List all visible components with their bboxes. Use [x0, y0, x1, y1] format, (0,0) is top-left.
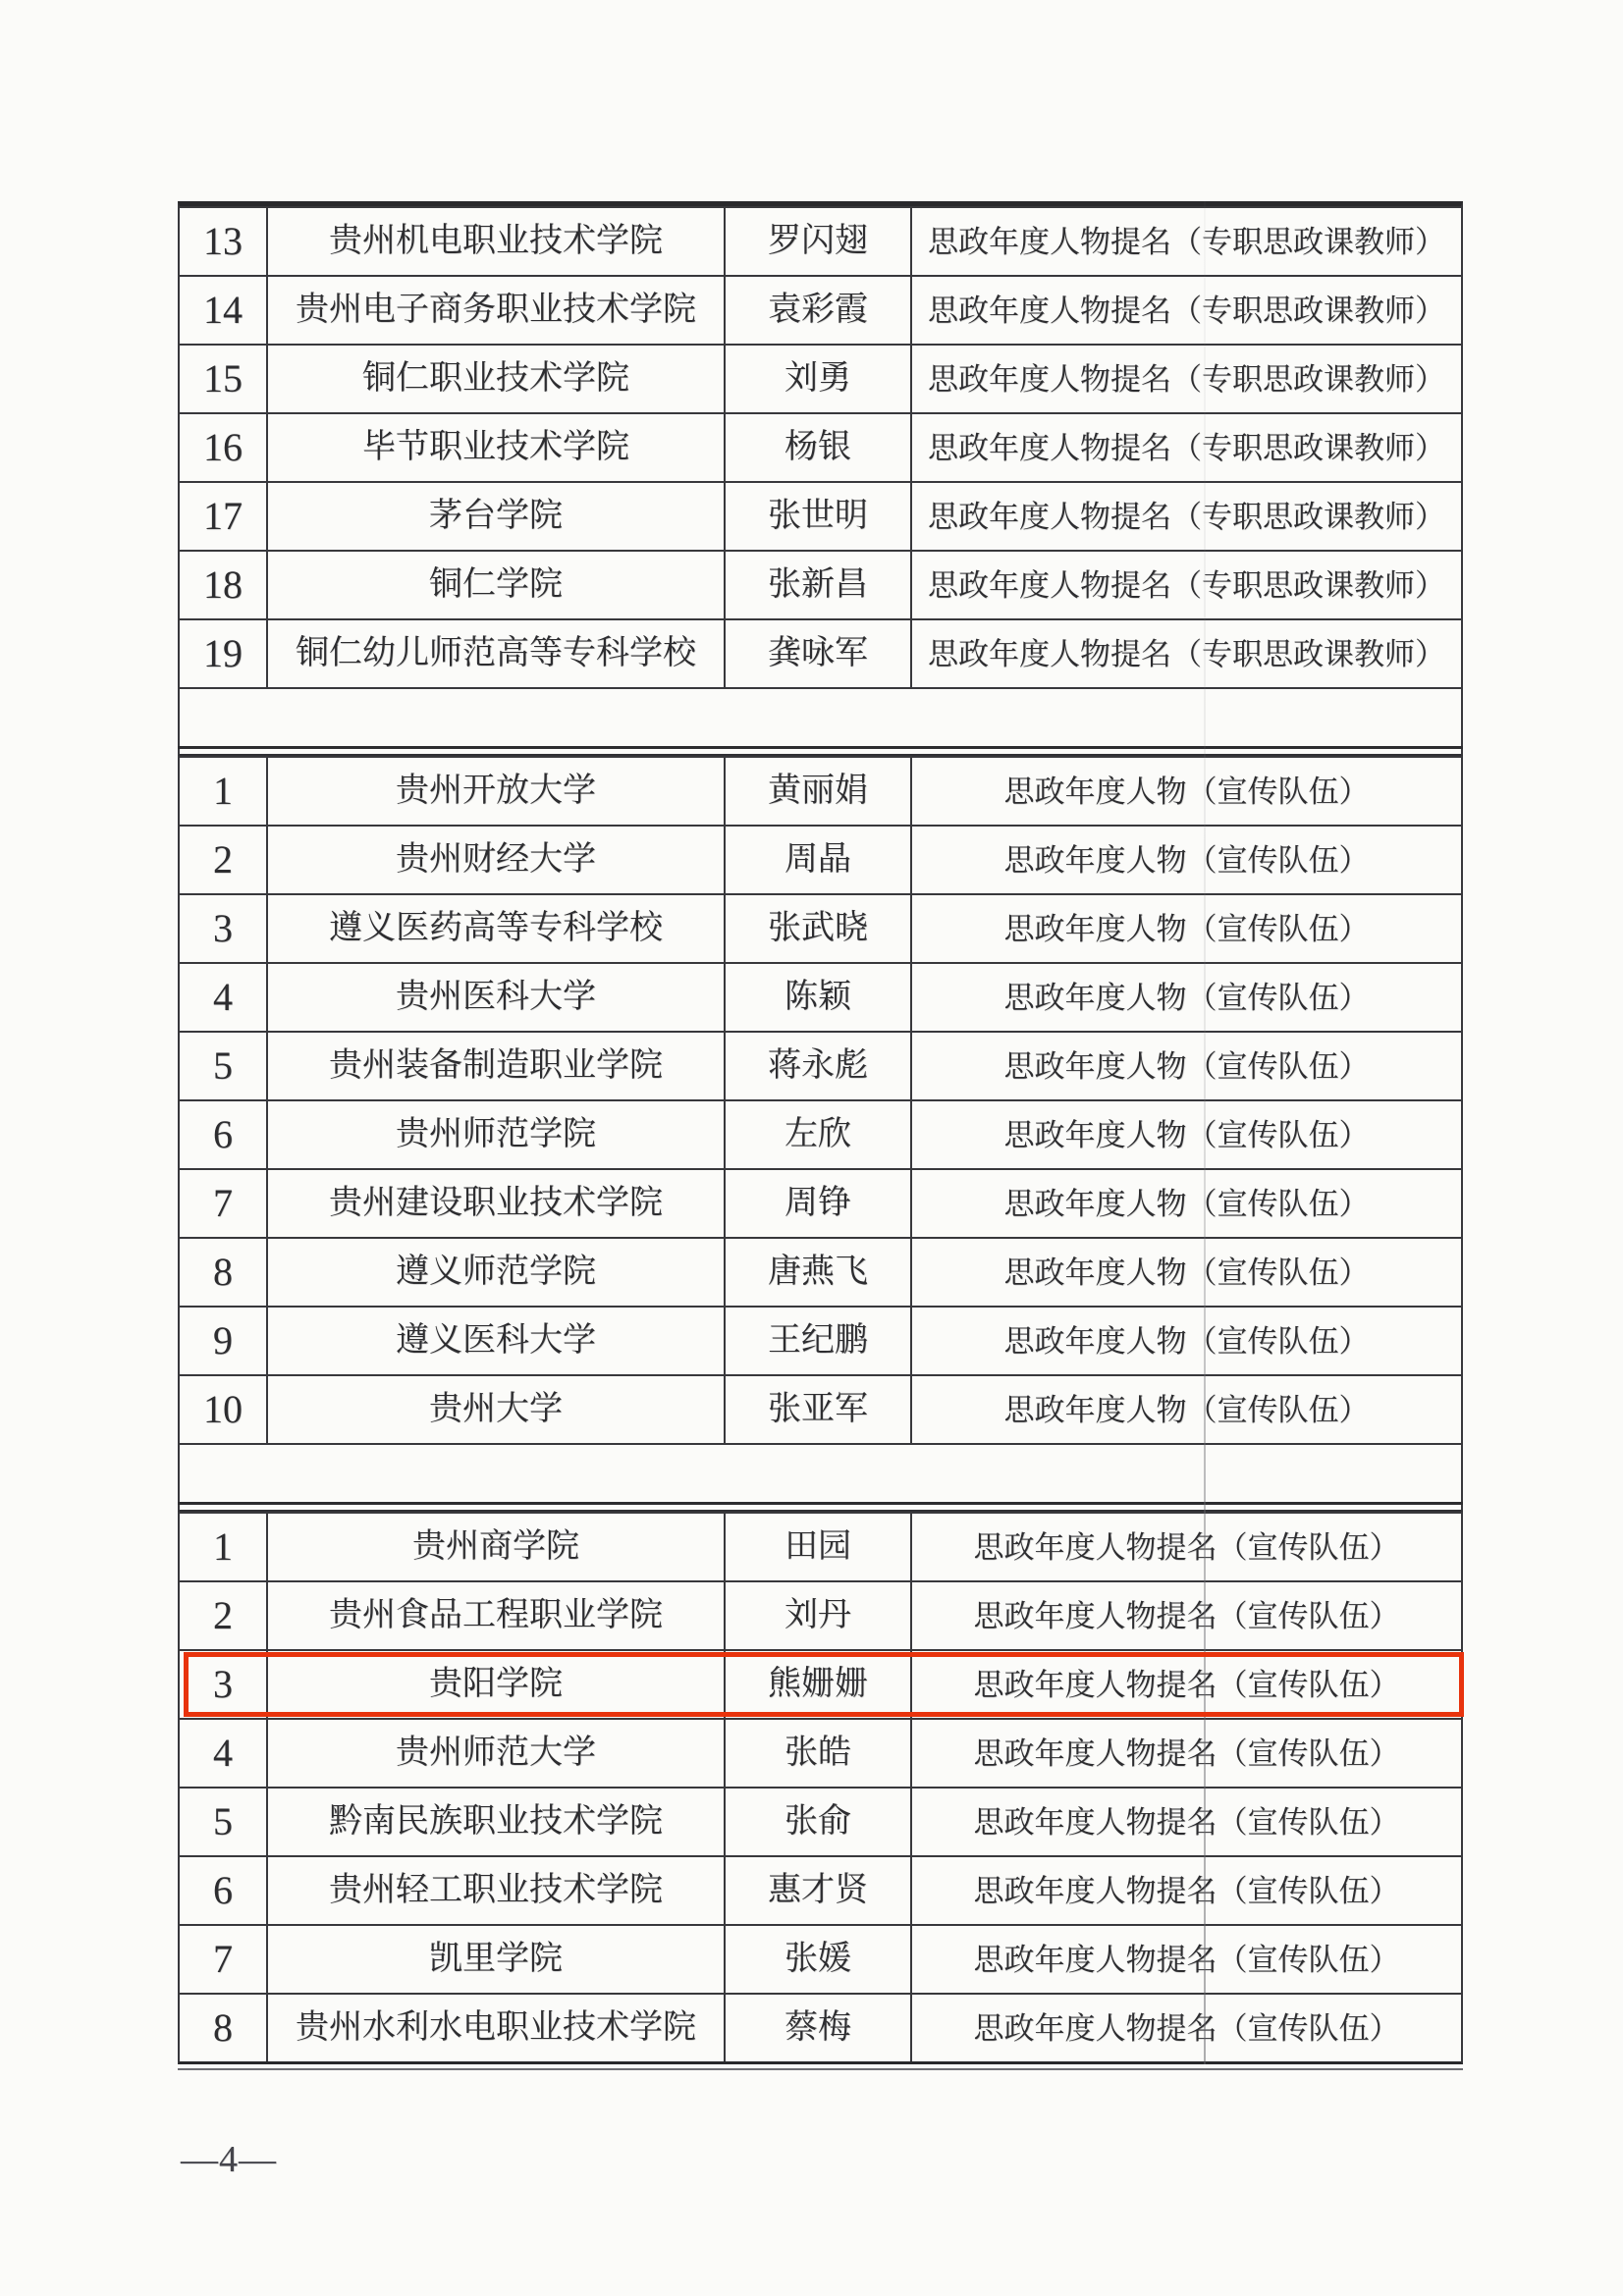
table-row: 13 贵州机电职业技术学院 罗闪翅 思政年度人物提名（专职思政课教师） [180, 206, 1461, 275]
table-row: 2 贵州财经大学 周晶 思政年度人物（宣传队伍） [180, 825, 1461, 893]
table-row: 8 贵州水利水电职业技术学院 蔡梅 思政年度人物提名（宣传队伍） [180, 1993, 1461, 2061]
award-title: 思政年度人物提名（专职思政课教师） [910, 483, 1461, 550]
person-name: 田园 [724, 1514, 910, 1580]
person-name: 张世明 [724, 483, 910, 550]
award-title: 思政年度人物提名（宣传队伍） [910, 1720, 1461, 1787]
row-number: 15 [180, 346, 266, 412]
table-row: 4 贵州师范大学 张皓 思政年度人物提名（宣传队伍） [180, 1718, 1461, 1787]
row-number: 18 [180, 552, 266, 618]
table-row: 3 贵阳学院 熊姗姗 思政年度人物提名（宣传队伍） [180, 1649, 1461, 1718]
row-number: 5 [180, 1033, 266, 1099]
table-row: 6 贵州轻工职业技术学院 惠才贤 思政年度人物提名（宣传队伍） [180, 1855, 1461, 1924]
school-name: 遵义师范学院 [266, 1239, 724, 1306]
table-row: 1 贵州开放大学 黄丽娟 思政年度人物（宣传队伍） [180, 756, 1461, 825]
table-row: 15 铜仁职业技术学院 刘勇 思政年度人物提名（专职思政课教师） [180, 344, 1461, 412]
person-name: 刘勇 [724, 346, 910, 412]
table-row: 19 铜仁幼儿师范高等专科学校 龚咏军 思政年度人物提名（专职思政课教师） [180, 618, 1461, 687]
school-name: 凯里学院 [266, 1926, 724, 1993]
award-title: 思政年度人物（宣传队伍） [910, 1170, 1461, 1237]
school-name: 遵义医科大学 [266, 1308, 724, 1374]
award-title: 思政年度人物提名（专职思政课教师） [910, 414, 1461, 481]
school-name: 贵州建设职业技术学院 [266, 1170, 724, 1237]
table-row: 7 贵州建设职业技术学院 周铮 思政年度人物（宣传队伍） [180, 1168, 1461, 1237]
school-name: 贵州医科大学 [266, 964, 724, 1031]
person-name: 王纪鹏 [724, 1308, 910, 1374]
school-name: 贵州商学院 [266, 1514, 724, 1580]
award-title: 思政年度人物提名（宣传队伍） [910, 1789, 1461, 1855]
award-title: 思政年度人物提名（宣传队伍） [910, 1926, 1461, 1993]
school-name: 贵州师范学院 [266, 1101, 724, 1168]
table-row: 3 遵义医药高等专科学校 张武晓 思政年度人物（宣传队伍） [180, 893, 1461, 962]
table-row: 14 贵州电子商务职业技术学院 袁彩霞 思政年度人物提名（专职思政课教师） [180, 275, 1461, 344]
table-section-nominees-publicity: 1 贵州商学院 田园 思政年度人物提名（宣传队伍） 2 贵州食品工程职业学院 刘… [178, 1512, 1463, 2064]
row-number: 3 [180, 895, 266, 962]
row-number: 6 [180, 1101, 266, 1168]
person-name: 杨银 [724, 414, 910, 481]
school-name: 遵义医药高等专科学校 [266, 895, 724, 962]
school-name: 贵州师范大学 [266, 1720, 724, 1787]
school-name: 铜仁学院 [266, 552, 724, 618]
row-number: 3 [180, 1651, 266, 1718]
row-number: 4 [180, 1720, 266, 1787]
row-number: 4 [180, 964, 266, 1031]
school-name: 贵州机电职业技术学院 [266, 208, 724, 275]
person-name: 张媛 [724, 1926, 910, 1993]
award-title: 思政年度人物（宣传队伍） [910, 758, 1461, 825]
row-number: 5 [180, 1789, 266, 1855]
award-title: 思政年度人物（宣传队伍） [910, 1376, 1461, 1443]
school-name: 贵州电子商务职业技术学院 [266, 277, 724, 344]
person-name: 张武晓 [724, 895, 910, 962]
award-title: 思政年度人物提名（专职思政课教师） [910, 620, 1461, 687]
table-row: 7 凯里学院 张媛 思政年度人物提名（宣传队伍） [180, 1924, 1461, 1993]
row-number: 17 [180, 483, 266, 550]
person-name: 袁彩霞 [724, 277, 910, 344]
school-name: 贵州食品工程职业学院 [266, 1582, 724, 1649]
school-name: 贵州大学 [266, 1376, 724, 1443]
award-title: 思政年度人物提名（宣传队伍） [910, 1651, 1461, 1718]
school-name: 贵州装备制造职业学院 [266, 1033, 724, 1099]
school-name: 茅台学院 [266, 483, 724, 550]
person-name: 蔡梅 [724, 1995, 910, 2061]
row-number: 7 [180, 1170, 266, 1237]
award-title: 思政年度人物提名（宣传队伍） [910, 1514, 1461, 1580]
table-row: 8 遵义师范学院 唐燕飞 思政年度人物（宣传队伍） [180, 1237, 1461, 1306]
table-row: 1 贵州商学院 田园 思政年度人物提名（宣传队伍） [180, 1512, 1461, 1580]
school-name: 贵州水利水电职业技术学院 [266, 1995, 724, 2061]
table-row: 9 遵义医科大学 王纪鹏 思政年度人物（宣传队伍） [180, 1306, 1461, 1374]
school-name: 贵阳学院 [266, 1651, 724, 1718]
person-name: 刘丹 [724, 1582, 910, 1649]
school-name: 铜仁职业技术学院 [266, 346, 724, 412]
table-row: 17 茅台学院 张世明 思政年度人物提名（专职思政课教师） [180, 481, 1461, 550]
empty-divider-row [178, 1443, 1463, 1512]
person-name: 张皓 [724, 1720, 910, 1787]
award-title: 思政年度人物提名（宣传队伍） [910, 1582, 1461, 1649]
person-name: 熊姗姗 [724, 1651, 910, 1718]
table-row: 18 铜仁学院 张新昌 思政年度人物提名（专职思政课教师） [180, 550, 1461, 618]
row-number: 2 [180, 1582, 266, 1649]
scanned-document-page: { "colors": { "paper": "#fbfbf9", "ink":… [0, 0, 1623, 2296]
school-name: 贵州开放大学 [266, 758, 724, 825]
row-number: 7 [180, 1926, 266, 1993]
table-row: 10 贵州大学 张亚军 思政年度人物（宣传队伍） [180, 1374, 1461, 1443]
school-name: 贵州轻工职业技术学院 [266, 1857, 724, 1924]
row-number: 16 [180, 414, 266, 481]
table-row: 4 贵州医科大学 陈颖 思政年度人物（宣传队伍） [180, 962, 1461, 1031]
table-row: 16 毕节职业技术学院 杨银 思政年度人物提名（专职思政课教师） [180, 412, 1461, 481]
school-name: 黔南民族职业技术学院 [266, 1789, 724, 1855]
award-title: 思政年度人物提名（宣传队伍） [910, 1995, 1461, 2061]
person-name: 张亚军 [724, 1376, 910, 1443]
table-bottom-scan-line [178, 2068, 1463, 2070]
person-name: 唐燕飞 [724, 1239, 910, 1306]
person-name: 陈颖 [724, 964, 910, 1031]
school-name: 贵州财经大学 [266, 827, 724, 893]
award-title: 思政年度人物（宣传队伍） [910, 1101, 1461, 1168]
table-row: 6 贵州师范学院 左欣 思政年度人物（宣传队伍） [180, 1099, 1461, 1168]
award-table: 13 贵州机电职业技术学院 罗闪翅 思政年度人物提名（专职思政课教师） 14 贵… [178, 201, 1463, 2070]
award-title: 思政年度人物提名（专职思政课教师） [910, 208, 1461, 275]
row-number: 9 [180, 1308, 266, 1374]
row-number: 1 [180, 1514, 266, 1580]
row-number: 10 [180, 1376, 266, 1443]
row-number: 19 [180, 620, 266, 687]
row-number: 14 [180, 277, 266, 344]
table-row: 5 黔南民族职业技术学院 张俞 思政年度人物提名（宣传队伍） [180, 1787, 1461, 1855]
award-title: 思政年度人物（宣传队伍） [910, 1308, 1461, 1374]
empty-divider-row [178, 687, 1463, 756]
row-number: 8 [180, 1239, 266, 1306]
table-row: 2 贵州食品工程职业学院 刘丹 思政年度人物提名（宣传队伍） [180, 1580, 1461, 1649]
person-name: 周铮 [724, 1170, 910, 1237]
row-number: 1 [180, 758, 266, 825]
table-section-nominees-teachers: 13 贵州机电职业技术学院 罗闪翅 思政年度人物提名（专职思政课教师） 14 贵… [178, 201, 1463, 687]
person-name: 张俞 [724, 1789, 910, 1855]
person-name: 惠才贤 [724, 1857, 910, 1924]
page-number: —4— [181, 2138, 277, 2181]
person-name: 左欣 [724, 1101, 910, 1168]
row-number: 8 [180, 1995, 266, 2061]
school-name: 铜仁幼儿师范高等专科学校 [266, 620, 724, 687]
person-name: 黄丽娟 [724, 758, 910, 825]
school-name: 毕节职业技术学院 [266, 414, 724, 481]
award-title: 思政年度人物提名（宣传队伍） [910, 1857, 1461, 1924]
award-title: 思政年度人物提名（专职思政课教师） [910, 277, 1461, 344]
award-title: 思政年度人物（宣传队伍） [910, 1239, 1461, 1306]
row-number: 13 [180, 208, 266, 275]
row-number: 6 [180, 1857, 266, 1924]
award-title: 思政年度人物提名（专职思政课教师） [910, 346, 1461, 412]
table-row: 5 贵州装备制造职业学院 蒋永彪 思政年度人物（宣传队伍） [180, 1031, 1461, 1099]
person-name: 龚咏军 [724, 620, 910, 687]
award-title: 思政年度人物（宣传队伍） [910, 964, 1461, 1031]
award-title: 思政年度人物（宣传队伍） [910, 895, 1461, 962]
person-name: 蒋永彪 [724, 1033, 910, 1099]
person-name: 周晶 [724, 827, 910, 893]
table-section-persons-publicity: 1 贵州开放大学 黄丽娟 思政年度人物（宣传队伍） 2 贵州财经大学 周晶 思政… [178, 756, 1463, 1443]
award-title: 思政年度人物（宣传队伍） [910, 1033, 1461, 1099]
person-name: 罗闪翅 [724, 208, 910, 275]
award-title: 思政年度人物（宣传队伍） [910, 827, 1461, 893]
person-name: 张新昌 [724, 552, 910, 618]
award-title: 思政年度人物提名（专职思政课教师） [910, 552, 1461, 618]
row-number: 2 [180, 827, 266, 893]
